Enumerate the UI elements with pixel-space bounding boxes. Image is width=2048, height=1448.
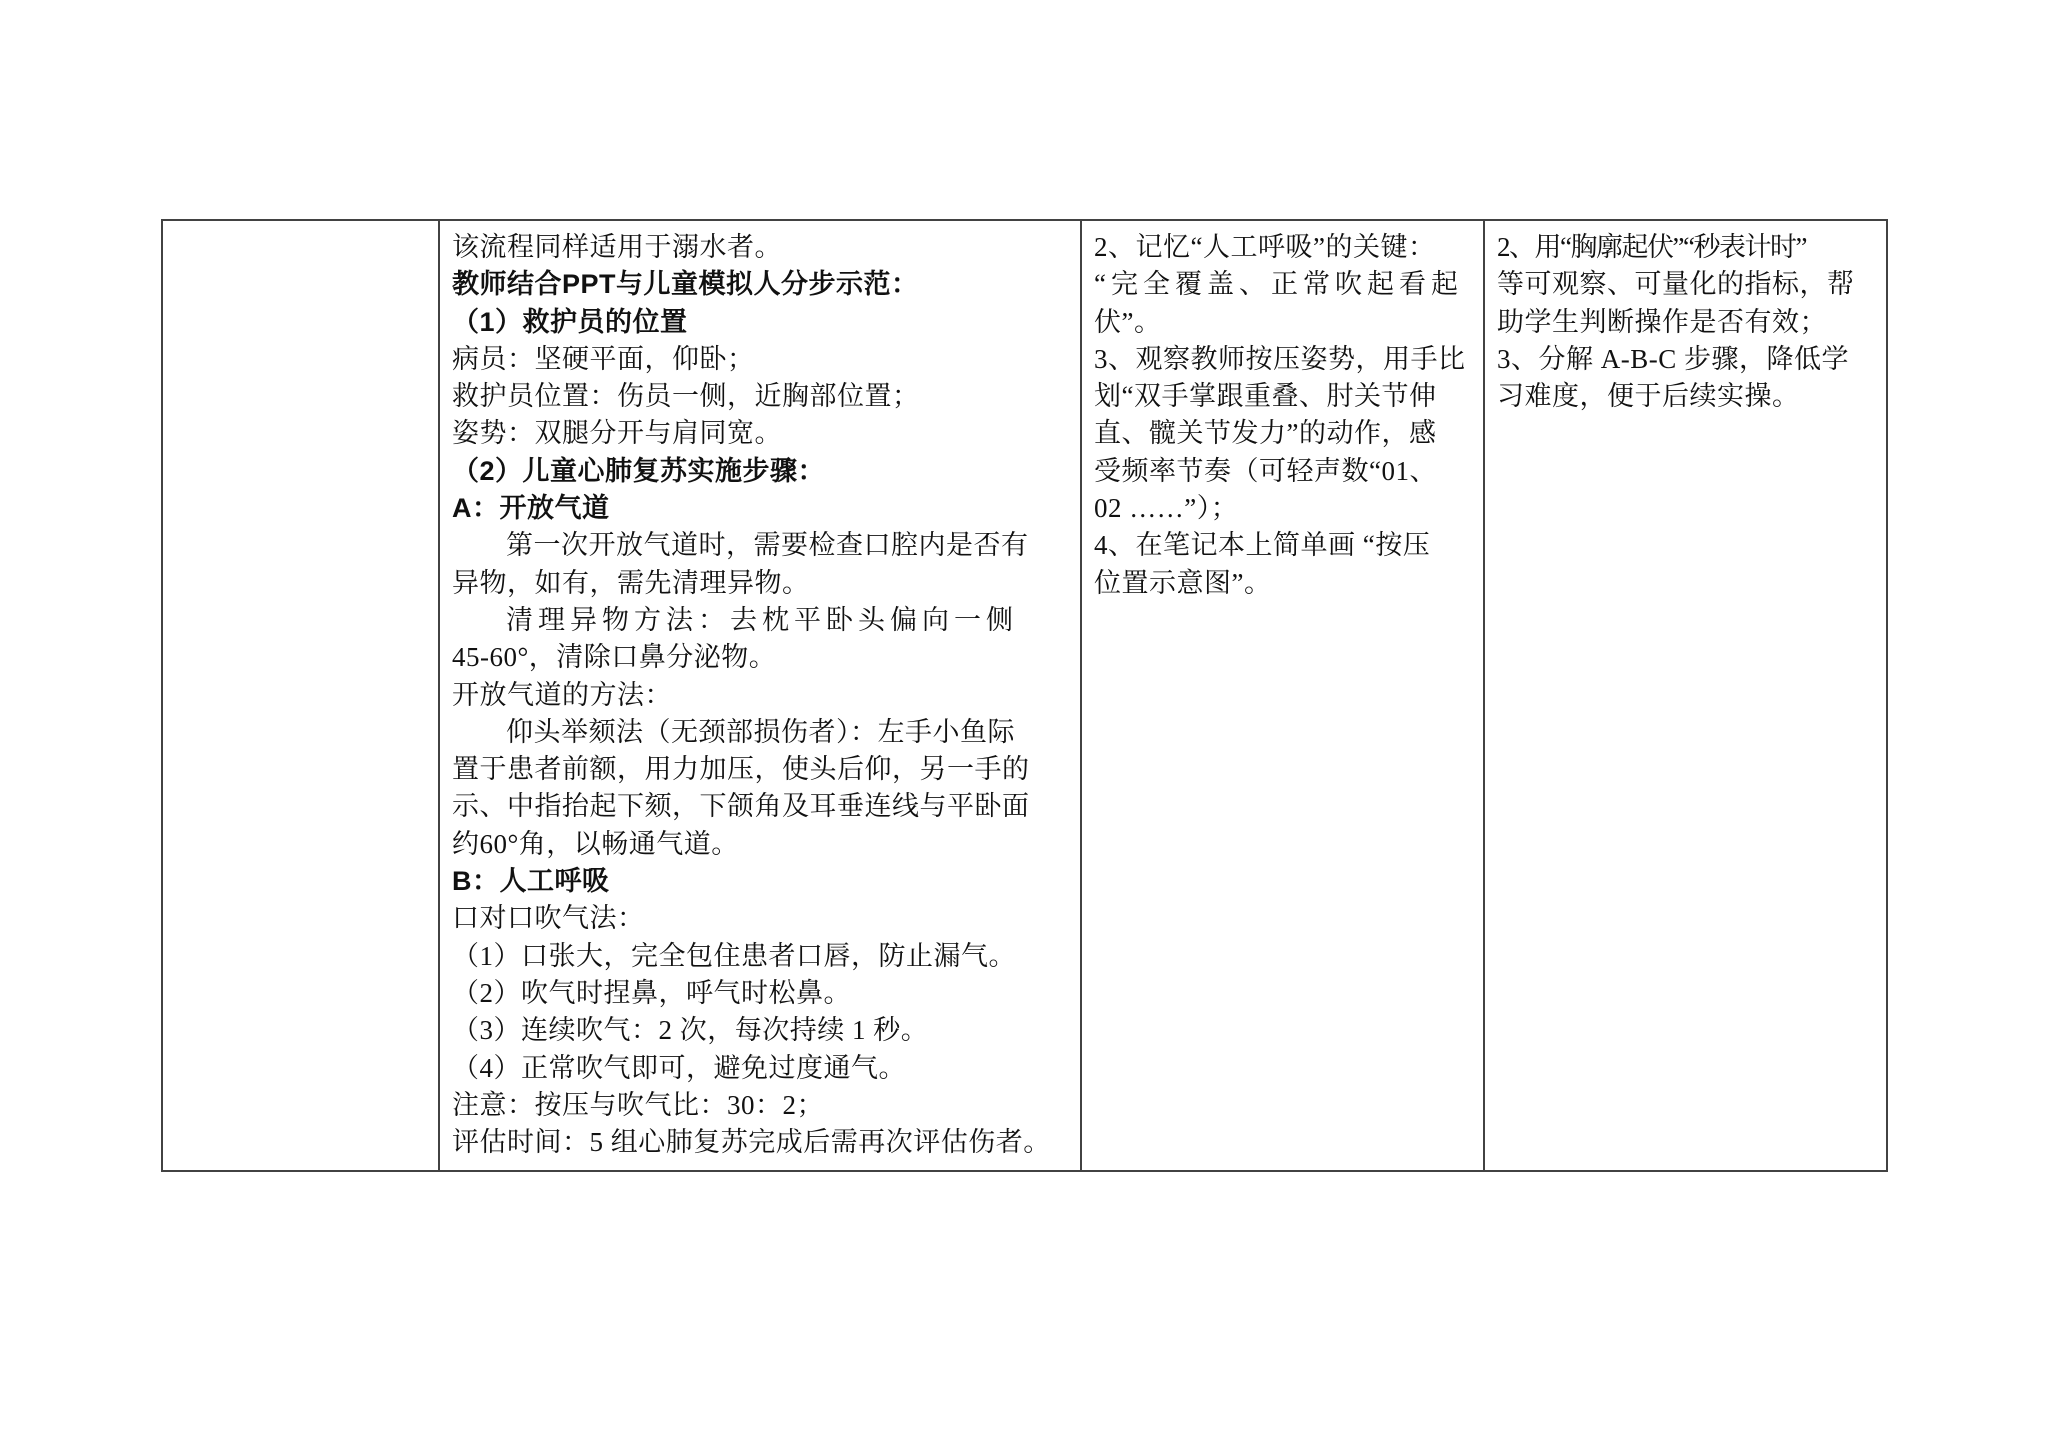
text-line: 习难度，便于后续实操。 — [1497, 378, 1881, 415]
text-line: 45-60°，清除口鼻分泌物。 — [452, 639, 1074, 676]
text-line: （2）儿童心肺复苏实施步骤： — [452, 453, 1074, 490]
text-line: 直、髋关节发力”的动作，感 — [1094, 415, 1478, 452]
text-line: 2、用“胸廓起伏”“秒表计时” — [1497, 229, 1881, 266]
text-line: （3）连续吹气：2 次，每次持续 1 秒。 — [452, 1012, 1074, 1049]
text-line: 助学生判断操作是否有效； — [1497, 304, 1881, 341]
text-line: B：人工呼吸 — [452, 863, 1074, 900]
text-line: 评估时间：5 组心肺复苏完成后需再次评估伤者。 — [452, 1124, 1074, 1161]
text-line: 示、中指抬起下颏，下颌角及耳垂连线与平卧面 — [452, 788, 1074, 825]
text-line: 注意：按压与吹气比：30：2； — [452, 1087, 1074, 1124]
text-line: （2）吹气时捏鼻，呼气时松鼻。 — [452, 975, 1074, 1012]
text-line: 清理异物方法：去枕平卧头偏向一侧 — [452, 602, 1074, 639]
text-line: 救护员位置：伤员一侧，近胸部位置； — [452, 378, 1074, 415]
table-cell-3-student-activities: 2、记忆“人工呼吸”的关键： “完全覆盖、正常吹起看起 伏”。 3、观察教师按压… — [1080, 221, 1483, 1170]
text-line: 口对口吹气法： — [452, 900, 1074, 937]
table-cell-4-design-intent: 2、用“胸廓起伏”“秒表计时” 等可观察、可量化的指标，帮 助学生判断操作是否有… — [1483, 221, 1886, 1170]
text-line: 该流程同样适用于溺水者。 — [452, 229, 1074, 266]
text-line: “完全覆盖、正常吹起看起 — [1094, 266, 1478, 303]
lesson-plan-table: 该流程同样适用于溺水者。 教师结合PPT与儿童模拟人分步示范： （1）救护员的位… — [161, 219, 1888, 1172]
text-line: 3、分解 A-B-C 步骤，降低学 — [1497, 341, 1881, 378]
table-cell-2-teaching-content: 该流程同样适用于溺水者。 教师结合PPT与儿童模拟人分步示范： （1）救护员的位… — [438, 221, 1080, 1170]
text-line: （4）正常吹气即可，避免过度通气。 — [452, 1050, 1074, 1087]
text-line: （1）口张大，完全包住患者口唇，防止漏气。 — [452, 938, 1074, 975]
text-line: （1）救护员的位置 — [452, 304, 1074, 341]
text-line: 第一次开放气道时，需要检查口腔内是否有 — [452, 527, 1074, 564]
text-line: 异物，如有，需先清理异物。 — [452, 565, 1074, 602]
text-line: 02 ……”）； — [1094, 490, 1478, 527]
text-line: 等可观察、可量化的指标，帮 — [1497, 266, 1881, 303]
text-line: 位置示意图”。 — [1094, 565, 1478, 602]
text-line: A：开放气道 — [452, 490, 1074, 527]
text-line: 受频率节奏（可轻声数“01、 — [1094, 453, 1478, 490]
text-line: 划“双手掌跟重叠、肘关节伸 — [1094, 378, 1478, 415]
text-line: 约60°角，以畅通气道。 — [452, 826, 1074, 863]
text-line: 3、观察教师按压姿势，用手比 — [1094, 341, 1478, 378]
text-line: 教师结合PPT与儿童模拟人分步示范： — [452, 266, 1074, 303]
table-cell-1-empty — [163, 221, 438, 1170]
text-line: 开放气道的方法： — [452, 677, 1074, 714]
text-line: 4、在笔记本上简单画 “按压 — [1094, 527, 1478, 564]
text-line: 仰头举颏法（无颈部损伤者）：左手小鱼际 — [452, 714, 1074, 751]
text-line: 病员：坚硬平面，仰卧； — [452, 341, 1074, 378]
text-line: 姿势：双腿分开与肩同宽。 — [452, 415, 1074, 452]
document-page: 该流程同样适用于溺水者。 教师结合PPT与儿童模拟人分步示范： （1）救护员的位… — [0, 0, 2048, 1448]
text-line: 置于患者前额，用力加压，使头后仰，另一手的 — [452, 751, 1074, 788]
text-line: 伏”。 — [1094, 304, 1478, 341]
text-line: 2、记忆“人工呼吸”的关键： — [1094, 229, 1478, 266]
